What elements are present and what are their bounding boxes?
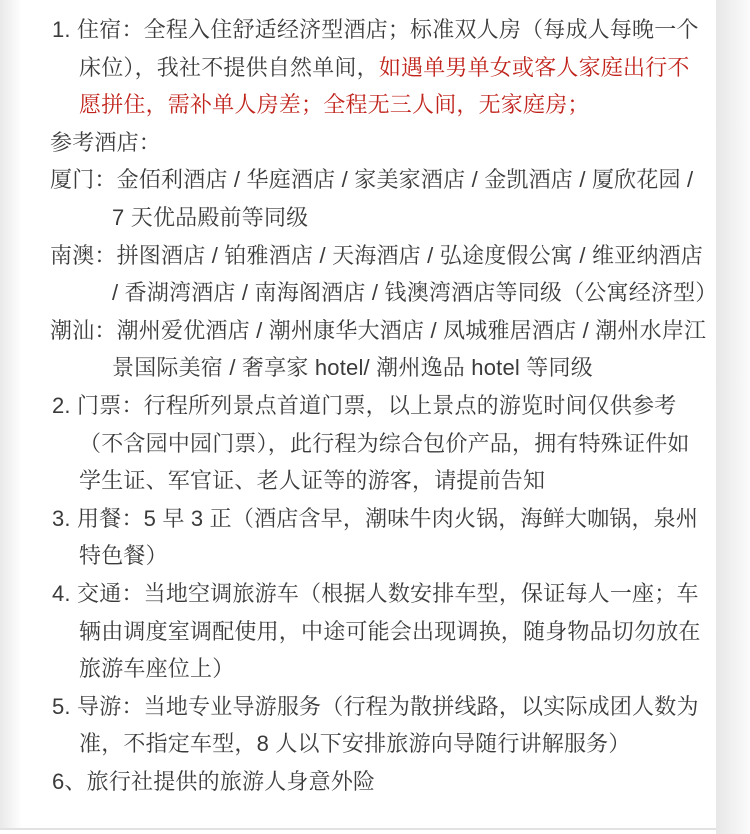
travel-notes-card: 1. 住宿：全程入住舒适经济型酒店；标准双人房（每成人每晚一个 床位），我社不提… xyxy=(0,0,716,830)
xiamen-hotels-line-1: 厦门：金佰利酒店 / 华庭酒店 / 家美家酒店 / 金凯酒店 / 厦欣花园 / xyxy=(0,161,716,199)
right-gutter xyxy=(716,0,750,834)
accommodation-note-line-2-alert: 如遇单男单女或客人家庭出行不 xyxy=(379,55,690,80)
travel-notes-page: 1. 住宿：全程入住舒适经济型酒店；标准双人房（每成人每晚一个 床位），我社不提… xyxy=(0,0,750,834)
transport-note-line-1: 4. 交通：当地空调旅游车（根据人数安排车型，保证每人一座；车 xyxy=(0,575,716,613)
tickets-note-line-2: （不含园中园门票），此行程为综合包价产品，拥有特殊证件如 xyxy=(0,425,716,463)
guide-note-line-1: 5. 导游：当地专业导游服务（行程为散拼线路，以实际成团人数为 xyxy=(0,688,716,726)
meals-note-line-1: 3. 用餐：5 早 3 正（酒店含早，潮味牛肉火锅，海鲜大咖锅，泉州 xyxy=(0,500,716,538)
accommodation-note-line-1: 1. 住宿：全程入住舒适经济型酒店；标准双人房（每成人每晚一个 xyxy=(0,11,716,49)
chaoshan-hotels-line-2: 景国际美宿 / 奢享家 hotel/ 潮州逸品 hotel 等同级 xyxy=(0,349,716,387)
transport-note-line-2: 辆由调度室调配使用，中途可能会出现调换，随身物品切勿放在 xyxy=(0,613,716,651)
accommodation-note-line-3-alert: 愿拼住，需补单人房差；全程无三人间，无家庭房； xyxy=(0,86,716,124)
insurance-note-line-1: 6、旅行社提供的旅游人身意外险 xyxy=(0,763,716,801)
transport-note-line-3: 旅游车座位上） xyxy=(0,650,716,688)
meals-note-line-2: 特色餐） xyxy=(0,537,716,575)
nanao-hotels-line-2: / 香湖湾酒店 / 南海阁酒店 / 钱澳湾酒店等同级（公寓经济型） xyxy=(0,274,716,312)
reference-hotels-label: 参考酒店： xyxy=(0,124,716,162)
nanao-hotels-line-1: 南澳：拼图酒店 / 铂雅酒店 / 天海酒店 / 弘途度假公寓 / 维亚纳酒店 xyxy=(0,237,716,275)
chaoshan-hotels-line-1: 潮汕：潮州爱优酒店 / 潮州康华大酒店 / 凤城雅居酒店 / 潮州水岸江 xyxy=(0,312,716,350)
accommodation-note-line-2: 床位），我社不提供自然单间，如遇单男单女或客人家庭出行不 xyxy=(0,49,716,87)
guide-note-line-2: 准，不指定车型，8 人以下安排旅游向导随行讲解服务） xyxy=(0,725,716,763)
tickets-note-line-3: 学生证、军官证、老人证等的游客，请提前告知 xyxy=(0,462,716,500)
accommodation-note-line-2-normal: 床位），我社不提供自然单间， xyxy=(79,55,379,80)
tickets-note-line-1: 2. 门票：行程所列景点首道门票，以上景点的游览时间仅供参考 xyxy=(0,387,716,425)
xiamen-hotels-line-2: 7 天优品殿前等同级 xyxy=(0,199,716,237)
